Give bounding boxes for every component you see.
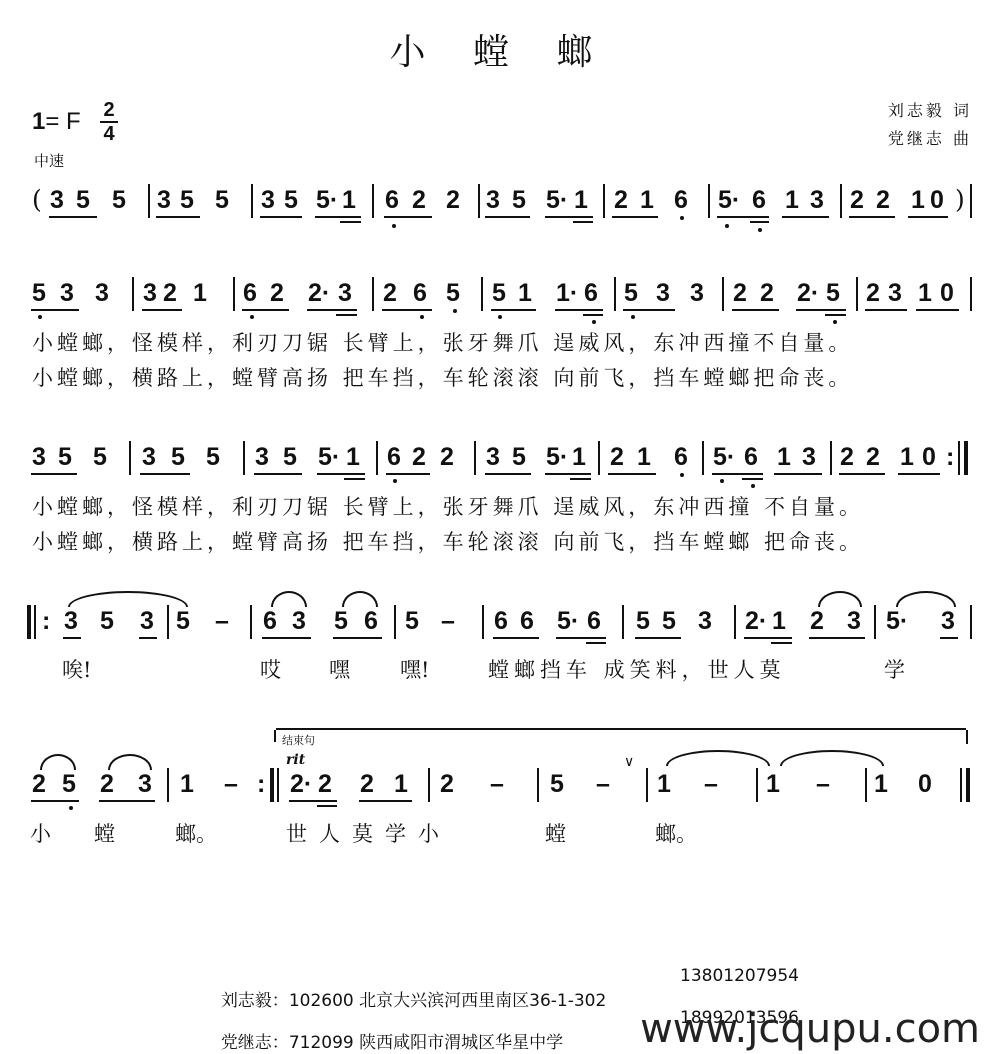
tie	[666, 750, 770, 766]
low-octave-dot	[38, 315, 42, 319]
note: 1	[574, 186, 588, 214]
barline	[722, 277, 724, 311]
lyric: 哎	[260, 654, 281, 684]
double-underline	[336, 314, 357, 316]
double-underline	[573, 221, 593, 223]
key-note: = F	[45, 108, 80, 135]
final-barline	[964, 441, 968, 475]
note: 5	[180, 186, 194, 214]
underline	[545, 216, 593, 218]
low-octave-dot	[453, 309, 457, 313]
note: 3	[60, 279, 74, 307]
barline	[394, 605, 396, 639]
note: 3	[486, 186, 500, 214]
note: 5·	[546, 443, 568, 471]
double-underline	[586, 642, 606, 644]
note: 1	[772, 607, 786, 635]
note: 5	[662, 607, 676, 635]
note: 3	[486, 443, 500, 471]
underline	[493, 637, 539, 639]
note: 1	[193, 279, 207, 307]
barline	[129, 441, 131, 475]
note: 5	[405, 607, 419, 635]
note: 6	[364, 607, 378, 635]
note: 2	[440, 770, 454, 798]
dash: –	[490, 770, 504, 798]
intro-staff: ( 3 5 5 3 5 5 3 5 5· 1 6 2 2 3 5 5· 1 2 …	[0, 186, 1000, 226]
low-octave-dot	[751, 484, 755, 488]
dash: –	[596, 770, 610, 798]
note: 0	[918, 770, 932, 798]
note: 1	[777, 443, 791, 471]
lyric: 螳	[545, 818, 566, 848]
chorus-staff: : 3 5 3 5 – 6 3 5 6 5 – 6 6 5· 6 5 5 3 2…	[0, 607, 1000, 647]
note: 2	[32, 770, 46, 798]
low-octave-dot	[680, 473, 684, 477]
underline	[140, 473, 190, 475]
underline	[307, 309, 357, 311]
note: 2	[876, 186, 890, 214]
note: 2	[614, 186, 628, 214]
note: 1·	[556, 279, 578, 307]
time-signature: 2 4	[100, 100, 118, 144]
verse-a-lyrics-2: 小螳螂，横路上，螳臂高扬 把车挡，车轮滚滚 向前飞，挡车螳螂把命丧。	[32, 362, 853, 392]
note: 1	[637, 443, 651, 471]
barline	[167, 768, 169, 802]
slur	[271, 591, 307, 607]
lyric: 小	[30, 818, 51, 848]
note: 2·	[797, 279, 819, 307]
double-underline	[742, 478, 763, 480]
barline	[734, 605, 736, 639]
ending-label: 结束句	[282, 732, 315, 748]
note: 5	[76, 186, 90, 214]
lyric: 螂。	[175, 818, 217, 848]
underline	[262, 637, 311, 639]
note: 2	[163, 279, 177, 307]
note: 6	[587, 607, 601, 635]
barline	[970, 277, 972, 311]
barline	[856, 277, 858, 311]
note: 2	[866, 443, 880, 471]
low-octave-dot	[250, 315, 254, 319]
key-signature: 1= F	[32, 108, 81, 136]
underline	[782, 216, 829, 218]
barline	[167, 605, 169, 639]
footer-line-composer: 党继志：712099 陕西咸阳市渭城区华星中学	[210, 1008, 563, 1053]
tie	[780, 750, 884, 766]
note: 6	[494, 607, 508, 635]
slur	[40, 754, 76, 770]
tempo-marking: 中速	[34, 150, 64, 171]
underline	[491, 309, 536, 311]
lyric: 螂。	[655, 818, 697, 848]
note: 1	[657, 770, 671, 798]
note: 2	[866, 279, 880, 307]
note: 2	[440, 443, 454, 471]
barline	[243, 441, 245, 475]
note: 3	[140, 607, 154, 635]
note: 2	[360, 770, 374, 798]
barline	[474, 441, 476, 475]
underline	[359, 800, 412, 802]
lyric: 世人莫学小	[286, 818, 451, 848]
repeat-start-barline	[27, 605, 31, 639]
underline	[916, 309, 959, 311]
underline	[898, 473, 940, 475]
ritardando-marking: rit	[286, 752, 305, 768]
double-underline	[344, 478, 365, 480]
double-underline	[570, 478, 591, 480]
low-octave-dot	[498, 315, 502, 319]
footer-address: 陕西咸阳市渭城区华星中学	[359, 1033, 563, 1053]
note: 0	[922, 443, 936, 471]
bracket-right-edge	[966, 730, 968, 744]
double-underline	[750, 221, 769, 223]
note: 6	[744, 443, 758, 471]
barline	[250, 605, 252, 639]
underline	[717, 216, 769, 218]
underline	[774, 473, 822, 475]
note: 1	[911, 186, 925, 214]
barline	[251, 184, 253, 218]
note: 1	[572, 443, 586, 471]
note: 3	[802, 443, 816, 471]
note: 3	[690, 279, 704, 307]
note: 0	[930, 186, 944, 214]
underline	[839, 473, 885, 475]
underline	[712, 473, 763, 475]
slur	[68, 591, 188, 607]
double-underline	[771, 642, 792, 644]
barline	[646, 768, 648, 802]
note: 5	[171, 443, 185, 471]
repeat-dots: :	[257, 770, 265, 798]
dash: –	[704, 770, 718, 798]
slur	[108, 754, 152, 770]
note: 2·	[290, 770, 312, 798]
note: 5·	[546, 186, 568, 214]
repeat-dots: :	[42, 607, 50, 635]
note: 1	[518, 279, 532, 307]
underline	[744, 637, 792, 639]
double-underline	[583, 314, 603, 316]
double-underline	[825, 314, 846, 316]
note: 2	[840, 443, 854, 471]
close-paren: )	[955, 186, 965, 214]
barline	[481, 277, 483, 311]
note: 3	[142, 443, 156, 471]
underline	[732, 309, 779, 311]
note: 2	[270, 279, 284, 307]
note: 3	[64, 607, 78, 635]
barline	[372, 184, 374, 218]
note: 2·	[308, 279, 330, 307]
note: 3	[810, 186, 824, 214]
slur	[896, 591, 956, 607]
note: 5·	[886, 607, 908, 635]
underline	[555, 309, 603, 311]
underline	[254, 473, 302, 475]
underline	[242, 309, 289, 311]
note: 6	[752, 186, 766, 214]
note: 2	[810, 607, 824, 635]
underline	[31, 800, 79, 802]
note: 1	[766, 770, 780, 798]
verse-b-lyrics-2: 小螳螂，横路上，螳臂高扬 把车挡，车轮滚滚 向前飞，挡车螳螂 把命丧。	[32, 526, 864, 556]
repeat-dots: :	[946, 443, 954, 471]
note: 0	[940, 279, 954, 307]
note: 5	[512, 443, 526, 471]
barline	[598, 441, 600, 475]
note: 6	[413, 279, 427, 307]
barline	[970, 184, 972, 218]
note: 3	[138, 770, 152, 798]
note: 5	[334, 607, 348, 635]
breath-mark: ∨	[624, 754, 634, 770]
barline	[482, 605, 484, 639]
ending-bracket: 结束句	[276, 728, 966, 744]
barline	[603, 184, 605, 218]
underline	[485, 473, 531, 475]
final-barline	[966, 768, 970, 802]
barline	[233, 277, 235, 311]
note: 5	[550, 770, 564, 798]
barline	[372, 277, 374, 311]
underline	[940, 637, 958, 639]
note: 1	[346, 443, 360, 471]
lyric: 嘿!	[400, 654, 429, 684]
barline	[622, 605, 624, 639]
lyric: 唉!	[62, 654, 91, 684]
underline	[317, 473, 365, 475]
note: 5	[62, 770, 76, 798]
note: 3	[50, 186, 64, 214]
dash: –	[816, 770, 830, 798]
note: 3	[847, 607, 861, 635]
note: 3	[157, 186, 171, 214]
note: 2	[446, 186, 460, 214]
barline	[148, 184, 150, 218]
note: 3	[338, 279, 352, 307]
barline	[428, 768, 430, 802]
lyric: 螳螂挡车 成笑料，世人莫	[488, 654, 786, 684]
underline	[485, 216, 530, 218]
underline	[865, 309, 907, 311]
bracket-left-edge	[274, 730, 276, 742]
note: 3	[95, 279, 109, 307]
chorus-lyrics: 唉! 哎 嘿 嘿! 螳螂挡车 成笑料，世人莫 学	[0, 654, 1000, 684]
underline	[156, 216, 200, 218]
underline	[908, 216, 948, 218]
repeat-end-barline	[270, 768, 274, 802]
underline	[612, 216, 658, 218]
note: 5	[93, 443, 107, 471]
dash: –	[215, 607, 229, 635]
barline	[970, 605, 972, 639]
note: 5	[100, 607, 114, 635]
low-octave-dot	[680, 216, 684, 220]
note: 6	[385, 186, 399, 214]
underline	[384, 216, 432, 218]
low-octave-dot	[420, 315, 424, 319]
underline	[333, 637, 382, 639]
low-octave-dot	[392, 224, 396, 228]
note: 3	[261, 186, 275, 214]
note: 5	[636, 607, 650, 635]
underline	[99, 800, 155, 802]
time-sig-bottom: 4	[100, 124, 118, 144]
note: 2	[760, 279, 774, 307]
underline	[142, 309, 182, 311]
note: 5·	[316, 186, 338, 214]
underline	[315, 216, 361, 218]
double-underline	[340, 221, 361, 223]
note: 2	[610, 443, 624, 471]
underline	[545, 473, 591, 475]
barline	[756, 768, 758, 802]
note: 1	[394, 770, 408, 798]
underline	[796, 309, 846, 311]
low-octave-dot	[833, 320, 837, 324]
key-tonic: 1	[32, 108, 45, 135]
underline	[382, 309, 432, 311]
credits: 刘志毅 词 党继志 曲	[888, 97, 972, 153]
barline	[874, 605, 876, 639]
note: 3	[255, 443, 269, 471]
underline	[139, 637, 157, 639]
note: 2	[733, 279, 747, 307]
barline	[614, 277, 616, 311]
note: 3	[698, 607, 712, 635]
barline	[132, 277, 134, 311]
underline	[31, 309, 79, 311]
note: 5·	[557, 607, 579, 635]
note: 2	[412, 186, 426, 214]
note: 1	[640, 186, 654, 214]
underline	[556, 637, 606, 639]
composer-credit: 党继志 曲	[888, 125, 972, 153]
note: 5	[446, 279, 460, 307]
note: 2·	[745, 607, 767, 635]
ending-lyrics: 小 螳 螂。 世人莫学小 螳 螂。	[0, 818, 1000, 848]
note: 1	[900, 443, 914, 471]
barline	[840, 184, 842, 218]
note: 5	[826, 279, 840, 307]
note: 1	[180, 770, 194, 798]
barline	[958, 441, 960, 475]
low-octave-dot	[393, 479, 397, 483]
note: 1	[785, 186, 799, 214]
verse-b-staff: 3 5 5 3 5 5 3 5 5· 1 6 2 2 3 5 5· 1 2 1 …	[0, 443, 1000, 483]
barline	[478, 184, 480, 218]
song-title: 小 螳 螂	[0, 24, 1000, 75]
underline	[260, 216, 302, 218]
note: 5	[112, 186, 126, 214]
note: 5	[624, 279, 638, 307]
slur	[818, 591, 862, 607]
note: 5·	[318, 443, 340, 471]
underline	[289, 800, 337, 802]
note: 5	[283, 443, 297, 471]
note: 1	[874, 770, 888, 798]
note: 3	[656, 279, 670, 307]
note: 6	[520, 607, 534, 635]
underline	[623, 309, 675, 311]
note: 1	[342, 186, 356, 214]
low-octave-dot	[720, 479, 724, 483]
underline	[635, 637, 681, 639]
barline	[376, 441, 378, 475]
barline	[277, 768, 279, 802]
open-paren: (	[32, 186, 42, 214]
note: 1	[918, 279, 932, 307]
underline	[386, 473, 430, 475]
note: 5·	[713, 443, 735, 471]
lyric: 学	[884, 654, 905, 684]
note: 5	[176, 607, 190, 635]
note: 6	[263, 607, 277, 635]
note: 2	[850, 186, 864, 214]
low-octave-dot	[592, 320, 596, 324]
underline	[31, 473, 77, 475]
note: 3	[143, 279, 157, 307]
barline	[830, 441, 832, 475]
underline	[49, 216, 97, 218]
lyricist-credit: 刘志毅 词	[888, 97, 972, 125]
time-sig-top: 2	[100, 100, 118, 120]
note: 2	[100, 770, 114, 798]
double-underline	[317, 805, 337, 807]
note: 5	[215, 186, 229, 214]
barline	[537, 768, 539, 802]
note: 5	[58, 443, 72, 471]
dash: –	[441, 607, 455, 635]
note: 5	[492, 279, 506, 307]
low-octave-dot	[631, 315, 635, 319]
low-octave-dot	[69, 806, 73, 810]
note: 3	[32, 443, 46, 471]
footer-line-lyricist: 刘志毅：102600 北京大兴滨河西里南区36-1-302	[210, 966, 606, 1011]
barline	[34, 605, 36, 639]
note: 2	[383, 279, 397, 307]
note: 6	[584, 279, 598, 307]
note: 6	[387, 443, 401, 471]
note: 3	[941, 607, 955, 635]
note: 6	[243, 279, 257, 307]
underline	[809, 637, 865, 639]
underline	[608, 473, 656, 475]
note: 6	[674, 186, 688, 214]
footer-name: 党继志：	[221, 1033, 289, 1053]
verse-a-staff: 5 3 3 3 2 1 6 2 2· 3 2 6 5 5 1 1· 6 5 3 …	[0, 279, 1000, 319]
note: 3	[292, 607, 306, 635]
low-octave-dot	[758, 228, 762, 232]
note: 2	[412, 443, 426, 471]
footer-zip: 712099	[289, 1033, 354, 1053]
slur	[342, 591, 378, 607]
barline	[865, 768, 867, 802]
watermark: www.jcqupu.com	[640, 1006, 980, 1052]
ending-staff: 2 5 2 3 1 – : 2· 2 2 1 2 – 5 – 1 – 1 – 1…	[0, 770, 1000, 810]
note: 5	[32, 279, 46, 307]
footer-phone-lyricist: 13801207954	[680, 966, 799, 986]
note: 5	[284, 186, 298, 214]
dash: –	[224, 770, 238, 798]
low-octave-dot	[725, 224, 729, 228]
note: 5	[512, 186, 526, 214]
barline	[960, 768, 962, 802]
